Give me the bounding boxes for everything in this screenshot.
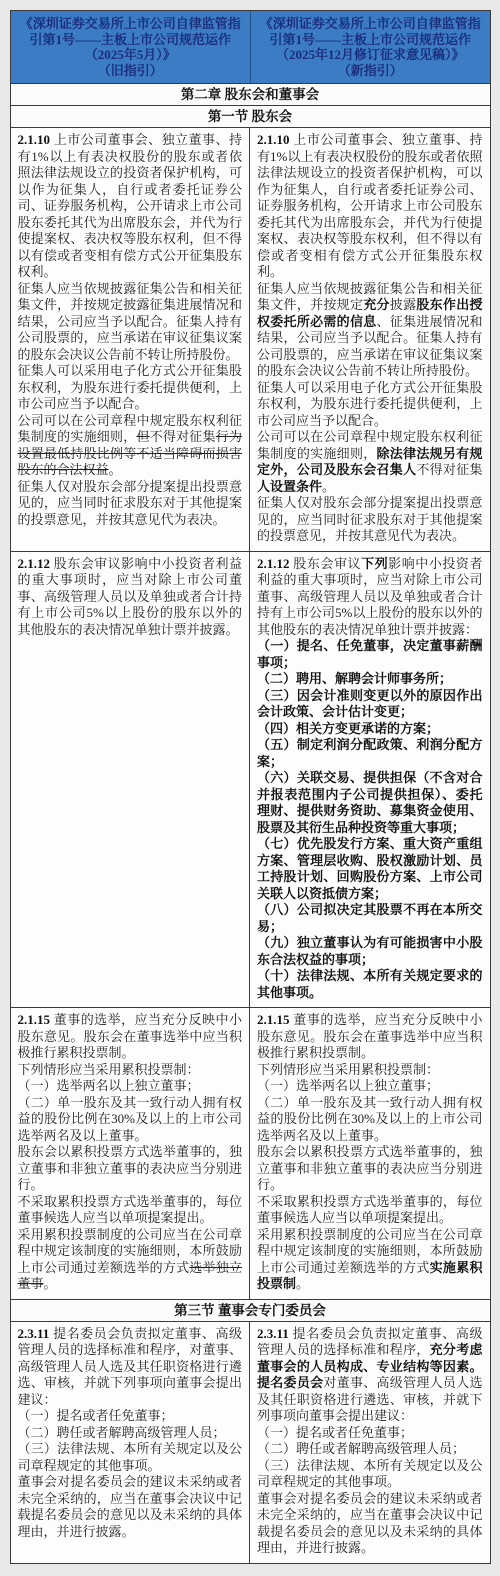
paragraph: （十）法律法规、本所有关规定要求的其他事项。 (257, 968, 483, 1001)
page: 《深圳证券交易所上市公司自律监管指引第1号——主板上市公司规范运作（2025年5… (0, 0, 500, 1576)
new-guideline-cell-2.1.15: 2.1.15 董事的选举，应当充分反映中小股东意见。股东会在董事选举中应当积极推… (250, 1008, 490, 1299)
text-segment: 董事的选举，应当充分反映中小股东意见。股东会在董事选举中应当积极推行累积投票制。 (18, 1012, 243, 1060)
text-segment: 下列情形应当采用累积投票制： (18, 1062, 200, 1077)
paragraph: 征集人应当依规披露征集公告和相关征集文件，并按规定充分披露股东作出授权委托所必需… (257, 281, 483, 380)
new-guideline-cell-2.1.10: 2.1.10 上市公司董事会、独立董事、持有1%以上有表决权股份的股东或者依照法… (250, 128, 490, 551)
comparison-row-2.1.15: 2.1.15 董事的选举，应当充分反映中小股东意见。股东会在董事选举中应当积极推… (11, 1007, 490, 1299)
added-text: （七）优先股发行方案、重大资产重组方案、管理层收购、股权激励计划、员工持股计划、… (257, 836, 483, 901)
paragraph: 征集人应当依规披露征集公告和相关征集文件，并按规定披露征集进展情况和结果，公司应… (18, 281, 243, 364)
text-segment: （一）提名或者任免董事； (18, 1408, 174, 1423)
added-text: （九）独立董事认为有可能损害中小股东合法权益的事项； (257, 935, 483, 967)
paragraph: 采用累积投票制度的公司应当在公司章程中规定该制度的实施细则，本所鼓励上市公司通过… (18, 1227, 243, 1293)
added-text: （二）聘用、解聘会计师事务所； (257, 671, 452, 686)
text-segment: （一）选举两名以上独立董事； (18, 1078, 200, 1093)
section-heading: 第一节 股东会 (11, 105, 490, 127)
added-text: 充分 (363, 297, 390, 312)
paragraph: 2.1.12 股东会审议下列影响中小投资者利益的重大事项时，应当对除上市公司董事… (257, 556, 483, 639)
comparison-row-2.1.10: 2.1.10 上市公司董事会、独立董事、持有1%以上有表决权股份的股东或者依照法… (11, 127, 490, 551)
text-segment: 不采取累积投票方式选举董事的，每位董事候选人应当以单项提案提出。 (257, 1194, 483, 1226)
text-segment: （二）聘任或者解聘高级管理人员； (257, 1441, 465, 1456)
paragraph: （七）优先股发行方案、重大资产重组方案、管理层收购、股权激励计划、员工持股计划、… (257, 836, 483, 902)
paragraph: （九）独立董事认为有可能损害中小股东合法权益的事项； (257, 935, 483, 968)
text-segment: 。 (296, 1276, 309, 1291)
new-guideline-label: （新指引） (257, 63, 484, 79)
added-text: （三）因会计准则变更以外的原因作出会计政策、会计估计变更； (257, 688, 483, 720)
old-guideline-cell-2.3.11: 2.3.11 提名委员会负责拟定董事、高级管理人员的选择标准和程序，对董事、高级… (11, 1322, 251, 1563)
paragraph: 股东会以累积投票方式选举董事的，独立董事和非独立董事的表决应当分别进行。 (18, 1144, 243, 1194)
paragraph: （八）公司拟决定其股票不再在本所交易； (257, 902, 483, 935)
paragraph: （二）聘任或者解聘高级管理人员； (18, 1425, 243, 1442)
paragraph: （二）聘任或者解聘高级管理人员； (257, 1441, 483, 1458)
added-text: （一）提名、任免董事，决定董事薪酬事项； (257, 638, 483, 670)
comparison-table: 《深圳证券交易所上市公司自律监管指引第1号——主板上市公司规范运作（2025年5… (10, 10, 491, 1564)
paragraph: （二）单一股东及其一致行动人拥有权益的股份比例在30%及以上的上市公司选举两名及… (257, 1095, 483, 1145)
paragraph: （一）选举两名以上独立董事； (18, 1078, 243, 1095)
new-guideline-cell-2.3.11: 2.3.11 提名委员会负责拟定董事、高级管理人员的选择标准和程序，充分考虑董事… (250, 1322, 490, 1563)
paragraph: 征集人仅对股东会部分提案提出投票意见的，应当同时征求股东对于其他提案的投票意见，… (18, 479, 243, 529)
paragraph: 2.3.11 提名委员会负责拟定董事、高级管理人员的选择标准和程序，对董事、高级… (18, 1326, 243, 1409)
paragraph: 2.1.15 董事的选举，应当充分反映中小股东意见。股东会在董事选举中应当积极推… (257, 1012, 483, 1062)
paragraph: （二）单一股东及其一致行动人拥有权益的股份比例在30%及以上的上市公司选举两名及… (18, 1095, 243, 1145)
text-segment: 。 (109, 462, 122, 477)
section-heading: 第三节 董事会专门委员会 (11, 1299, 490, 1321)
added-text: （十）法律法规、本所有关规定要求的其他事项。 (257, 968, 483, 1000)
paragraph: 股东会以累积投票方式选举董事的，独立董事和非独立董事的表决应当分别进行。 (257, 1144, 483, 1194)
text-segment: 征集人应当依规披露征集公告和相关征集文件，并按规定披露征集进展情况和结果，公司应… (18, 281, 243, 362)
text-segment: 披露 (390, 297, 417, 312)
paragraph: 2.1.10 上市公司董事会、独立董事、持有1%以上有表决权股份的股东或者依照法… (18, 132, 243, 281)
paragraph: 不采取累积投票方式选举董事的，每位董事候选人应当以单项提案提出。 (18, 1194, 243, 1227)
added-text: 下列 (361, 556, 388, 571)
text-segment: 股东会审议 (290, 556, 362, 571)
paragraph: （三）因会计准则变更以外的原因作出会计政策、会计估计变更； (257, 688, 483, 721)
comparison-row-2.3.11: 2.3.11 提名委员会负责拟定董事、高级管理人员的选择标准和程序，对董事、高级… (11, 1321, 490, 1563)
paragraph: 2.1.12 股东会审议影响中小投资者利益的重大事项时，应当对除上市公司董事、高… (18, 556, 243, 639)
text-segment: 董事会对提名委员会的建议未采纳或者未完全采纳的，应当在董事会决议中记载提名委员会… (257, 1491, 483, 1556)
text-segment: 征集人可以采用电子化方式公开征集股东权利，为股东进行委托提供便利，上市公司应当予… (18, 363, 243, 411)
text-segment: 上市公司董事会、独立董事、持有1%以上有表决权股份的股东或者依照法律法规设立的投… (257, 132, 483, 279)
text-segment: 股东会以累积投票方式选举董事的，独立董事和非独立董事的表决应当分别进行。 (257, 1144, 483, 1192)
text-segment: 不得对征集 (416, 462, 482, 477)
added-text: （四）相关方变更承诺的方案； (257, 721, 439, 736)
old-guideline-label: （旧指引） (17, 63, 245, 79)
added-text: 2.1.15 (18, 1012, 51, 1027)
text-segment: 下列情形应当采用累积投票制： (257, 1062, 439, 1077)
text-segment: 。 (44, 1276, 57, 1291)
paragraph: 不采取累积投票方式选举董事的，每位董事候选人应当以单项提案提出。 (257, 1194, 483, 1227)
text-segment: （二）聘任或者解聘高级管理人员； (18, 1425, 226, 1440)
text-segment: 上市公司董事会、独立董事、持有1%以上有表决权股份的股东或者依照法律法规设立的投… (18, 132, 243, 279)
old-guideline-cell-2.1.12: 2.1.12 股东会审议影响中小投资者利益的重大事项时，应当对除上市公司董事、高… (11, 552, 251, 1008)
paragraph: （三）法律法规、本所有关规定以及公司章程规定的其他事项。 (257, 1458, 483, 1491)
paragraph: （一）提名或者任免董事； (257, 1425, 483, 1442)
paragraph: 征集人可以采用电子化方式公开征集股东权利，为股东进行委托提供便利，上市公司应当予… (257, 380, 483, 430)
table-header-row: 《深圳证券交易所上市公司自律监管指引第1号——主板上市公司规范运作（2025年5… (11, 11, 490, 83)
paragraph: 采用累积投票制度的公司应当在公司章程中规定该制度的实施细则，本所鼓励上市公司通过… (257, 1227, 483, 1293)
text-segment: 征集人可以采用电子化方式公开征集股东权利，为股东进行委托提供便利，上市公司应当予… (257, 380, 483, 428)
text-segment: （二）单一股东及其一致行动人拥有权益的股份比例在30%及以上的上市公司选举两名及… (18, 1095, 243, 1143)
added-text: 2.1.15 (257, 1012, 290, 1027)
added-text: 人设置条件 (257, 479, 322, 494)
deleted-text: 但 (136, 429, 149, 444)
added-text: 2.3.11 (257, 1326, 289, 1341)
old-guideline-cell-2.1.10: 2.1.10 上市公司董事会、独立董事、持有1%以上有表决权股份的股东或者依照法… (11, 128, 251, 551)
text-segment: 董事会对提名委员会的建议未采纳或者未完全采纳的，应当在董事会决议中记载提名委员会… (18, 1474, 243, 1539)
section-heading: 第二章 股东会和董事会 (11, 83, 490, 105)
added-text: 2.1.12 (257, 556, 290, 571)
paragraph: （四）相关方变更承诺的方案； (257, 721, 483, 738)
text-segment: （三）法律法规、本所有关规定以及公司章程规定的其他事项。 (18, 1441, 243, 1473)
paragraph: 征集人可以采用电子化方式公开征集股东权利，为股东进行委托提供便利，上市公司应当予… (18, 363, 243, 413)
paragraph: 董事会对提名委员会的建议未采纳或者未完全采纳的，应当在董事会决议中记载提名委员会… (257, 1491, 483, 1557)
text-segment: 董事的选举，应当充分反映中小股东意见。股东会在董事选举中应当积极推行累积投票制。 (257, 1012, 483, 1060)
text-segment: 股东会审议影响中小投资者利益的重大事项时，应当对除上市公司董事、高级管理人员以及… (18, 556, 243, 637)
new-guideline-cell-2.1.12: 2.1.12 股东会审议下列影响中小投资者利益的重大事项时，应当对除上市公司董事… (250, 552, 490, 1008)
text-segment: （一）提名或者任免董事； (257, 1425, 413, 1440)
comparison-row-2.1.12: 2.1.12 股东会审议影响中小投资者利益的重大事项时，应当对除上市公司董事、高… (11, 551, 490, 1008)
added-text: 2.1.10 (18, 132, 51, 147)
text-segment: 不采取累积投票方式选举董事的，每位董事候选人应当以单项提案提出。 (18, 1194, 243, 1226)
text-segment: 征集人仅对股东会部分提案提出投票意见的，应当同时征求股东对于其他提案的投票意见，… (18, 479, 243, 527)
paragraph: （三）法律法规、本所有关规定以及公司章程规定的其他事项。 (18, 1441, 243, 1474)
text-segment: 股东会以累积投票方式选举董事的，独立董事和非独立董事的表决应当分别进行。 (18, 1144, 243, 1192)
paragraph: （一）提名或者任免董事； (18, 1408, 243, 1425)
old-guideline-cell-2.1.15: 2.1.15 董事的选举，应当充分反映中小股东意见。股东会在董事选举中应当积极推… (11, 1008, 251, 1299)
added-text: （五）制定利润分配政策、利润分配方案； (257, 737, 483, 769)
old-guideline-header: 《深圳证券交易所上市公司自律监管指引第1号——主板上市公司规范运作（2025年5… (11, 11, 251, 83)
added-text: 2.3.11 (18, 1326, 50, 1341)
paragraph: 下列情形应当采用累积投票制： (257, 1062, 483, 1079)
paragraph: 董事会对提名委员会的建议未采纳或者未完全采纳的，应当在董事会决议中记载提名委员会… (18, 1474, 243, 1540)
text-segment: （一）选举两名以上独立董事； (257, 1078, 439, 1093)
paragraph: 征集人仅对股东会部分提案提出投票意见的，应当同时征求股东对于其他提案的投票意见，… (257, 495, 483, 545)
paragraph: （一）提名、任免董事，决定董事薪酬事项； (257, 638, 483, 671)
text-segment: 提名委员会负责拟定董事、高级管理人员的选择标准和程序，对董事、高级管理人员人选及… (18, 1326, 243, 1407)
text-segment: 征集人仅对股东会部分提案提出投票意见的，应当同时征求股东对于其他提案的投票意见，… (257, 495, 483, 543)
paragraph: 公司可以在公司章程中规定股东权利征集制度的实施细则，除法律法规另有规定外，公司及… (257, 429, 483, 495)
text-segment: 。 (322, 479, 335, 494)
added-text: 2.1.12 (18, 556, 51, 571)
added-text: （六）关联交易、提供担保（不含对合并报表范围内子公司提供担保）、委托理财、提供财… (257, 770, 483, 835)
paragraph: （六）关联交易、提供担保（不含对合并报表范围内子公司提供担保）、委托理财、提供财… (257, 770, 483, 836)
table-body: 第二章 股东会和董事会第一节 股东会2.1.10 上市公司董事会、独立董事、持有… (11, 83, 490, 1563)
paragraph: 下列情形应当采用累积投票制： (18, 1062, 243, 1079)
added-text: 2.1.10 (257, 132, 290, 147)
paragraph: 2.3.11 提名委员会负责拟定董事、高级管理人员的选择标准和程序，充分考虑董事… (257, 1326, 483, 1425)
new-guideline-title: 《深圳证券交易所上市公司自律监管指引第1号——主板上市公司规范运作（2025年1… (257, 16, 484, 63)
paragraph: 2.1.10 上市公司董事会、独立董事、持有1%以上有表决权股份的股东或者依照法… (257, 132, 483, 281)
text-segment: （三）法律法规、本所有关规定以及公司章程规定的其他事项。 (257, 1458, 483, 1490)
paragraph: （二）聘用、解聘会计师事务所； (257, 671, 483, 688)
text-segment: 不得对征集 (150, 429, 216, 444)
added-text: （八）公司拟决定其股票不再在本所交易； (257, 902, 483, 934)
text-segment: （二）单一股东及其一致行动人拥有权益的股份比例在30%及以上的上市公司选举两名及… (257, 1095, 483, 1143)
paragraph: 2.1.15 董事的选举，应当充分反映中小股东意见。股东会在董事选举中应当积极推… (18, 1012, 243, 1062)
paragraph: 公司可以在公司章程中规定股东权利征集制度的实施细则，但不得对征集行为设置最低持股… (18, 413, 243, 479)
paragraph: （一）选举两名以上独立董事； (257, 1078, 483, 1095)
paragraph: （五）制定利润分配政策、利润分配方案； (257, 737, 483, 770)
new-guideline-header: 《深圳证券交易所上市公司自律监管指引第1号——主板上市公司规范运作（2025年1… (250, 11, 490, 83)
old-guideline-title: 《深圳证券交易所上市公司自律监管指引第1号——主板上市公司规范运作（2025年5… (17, 16, 245, 63)
